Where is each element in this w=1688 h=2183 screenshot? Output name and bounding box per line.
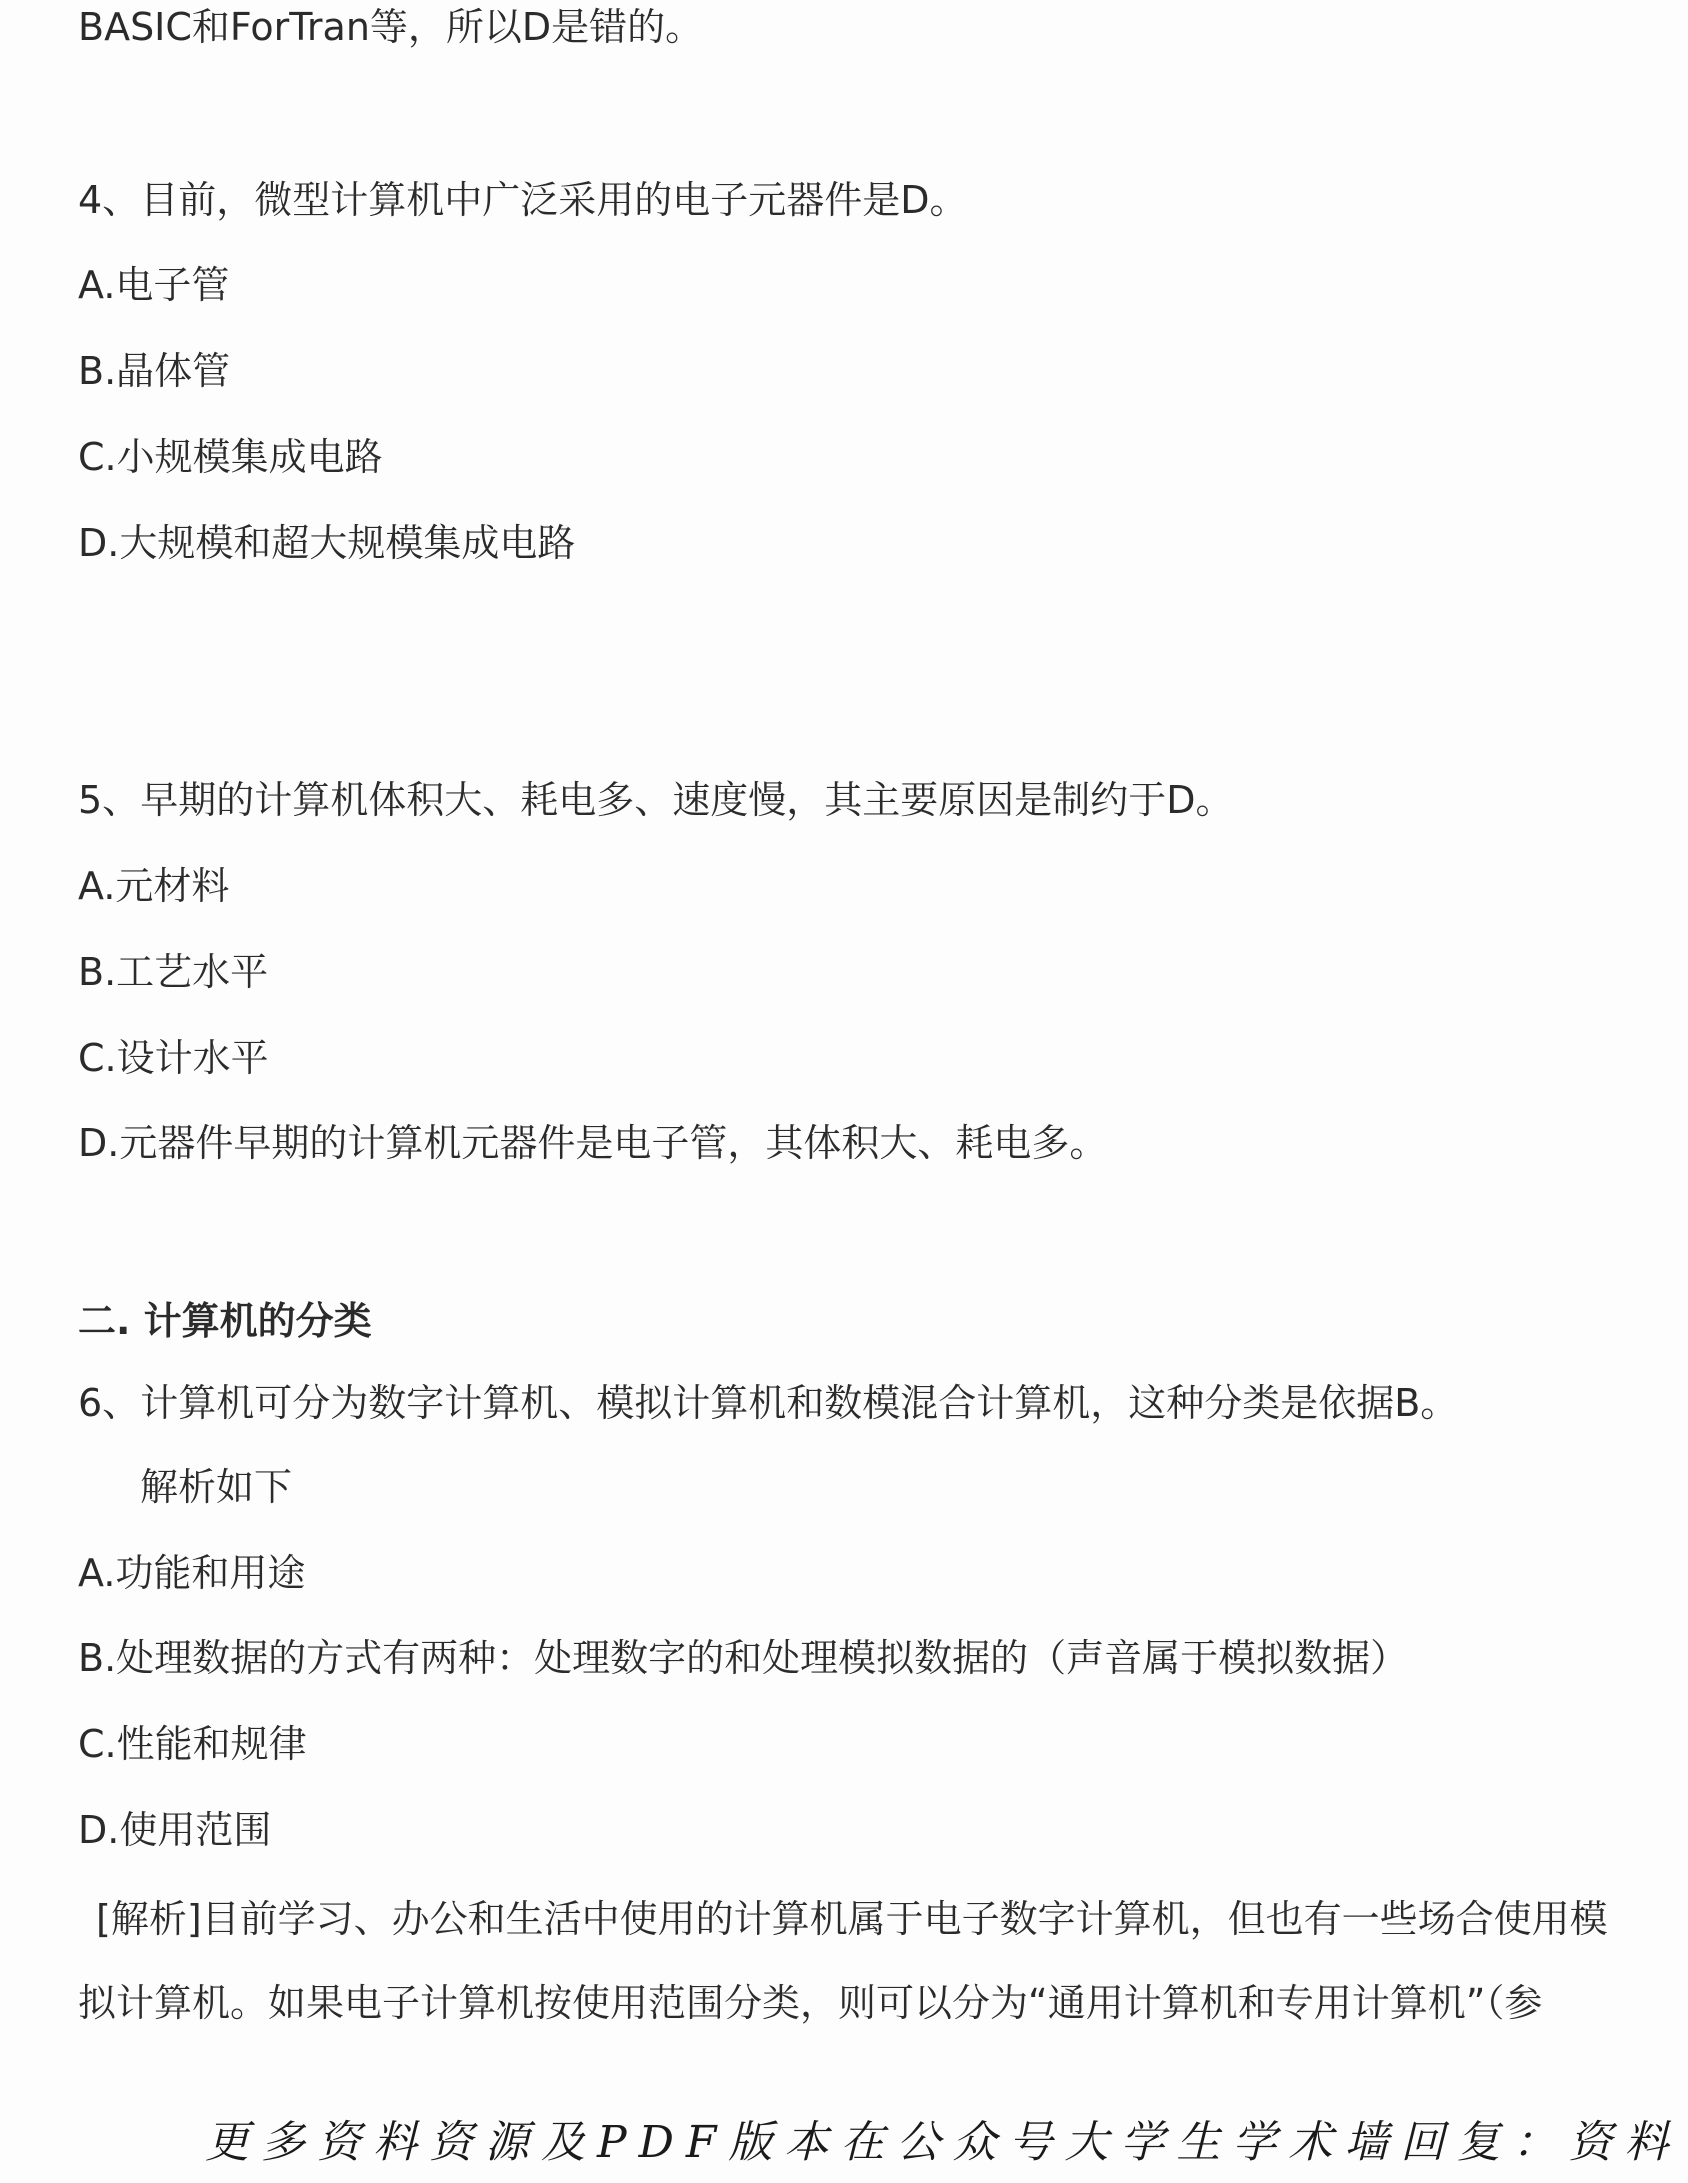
question-number: 4、: [78, 178, 140, 222]
question-5-option-c: C.设计水平: [78, 1033, 269, 1083]
question-6-option-b: B.处理数据的方式有两种：处理数字的和处理模拟数据的（声音属于模拟数据）: [78, 1633, 1408, 1683]
question-6-option-d: D.使用范围: [78, 1805, 271, 1855]
answer-letter: B: [1394, 1381, 1420, 1425]
analysis-hint: 解析如下: [140, 1462, 292, 1512]
option-note: 早期的计算机元器件是电子管，其体积大、耗电多。: [233, 1121, 1107, 1165]
question-4-option-d: D.大规模和超大规模集成电路: [78, 518, 575, 568]
continuation-text: BASIC和ForTran等，所以D是错的。: [78, 2, 703, 52]
option-note: 有两种：处理数字的和处理模拟数据的（声音属于模拟数据）: [382, 1636, 1408, 1680]
section-heading: 二. 计算机的分类: [78, 1296, 372, 1346]
question-4-stem: 4、目前，微型计算机中广泛采用的电子元器件是D。: [78, 175, 967, 225]
question-5-option-d: D.元器件早期的计算机元器件是电子管，其体积大、耗电多。: [78, 1118, 1107, 1168]
question-number: 6、: [78, 1381, 140, 1425]
question-5-stem: 5、早期的计算机体积大、耗电多、速度慢，其主要原因是制约于D。: [78, 775, 1233, 825]
question-number: 5、: [78, 778, 140, 822]
footer-promo-text: 更多资料资源及PDF版本在公众号大学生学术墙回复：资料: [205, 2116, 1680, 2170]
question-text: 目前，微型计算机中广泛采用的电子元器件是: [140, 178, 900, 222]
question-5-option-a: A.元材料: [78, 861, 229, 911]
analysis-line-2: 拟计算机。如果电子计算机按使用范围分类，则可以分为“通用计算机和专用计算机”（参: [78, 1978, 1542, 2028]
question-4-option-a: A.电子管: [78, 260, 229, 310]
question-6-stem: 6、计算机可分为数字计算机、模拟计算机和数模混合计算机，这种分类是依据B。: [78, 1378, 1458, 1428]
question-6-option-a: A.功能和用途: [78, 1548, 305, 1598]
question-4-option-c: C.小规模集成电路: [78, 432, 383, 482]
answer-letter: D: [900, 178, 929, 222]
question-4-option-b: B.晶体管: [78, 346, 230, 396]
question-6-option-c: C.性能和规律: [78, 1719, 307, 1769]
question-text: 计算机可分为数字计算机、模拟计算机和数模混合计算机，这种分类是依据: [140, 1381, 1394, 1425]
question-5-option-b: B.工艺水平: [78, 947, 268, 997]
question-text: 早期的计算机体积大、耗电多、速度慢，其主要原因是制约于: [140, 778, 1166, 822]
answer-letter: D: [1166, 778, 1195, 822]
analysis-line-1: [解析]目前学习、办公和生活中使用的计算机属于电子数字计算机，但也有一些场合使用…: [96, 1894, 1608, 1944]
